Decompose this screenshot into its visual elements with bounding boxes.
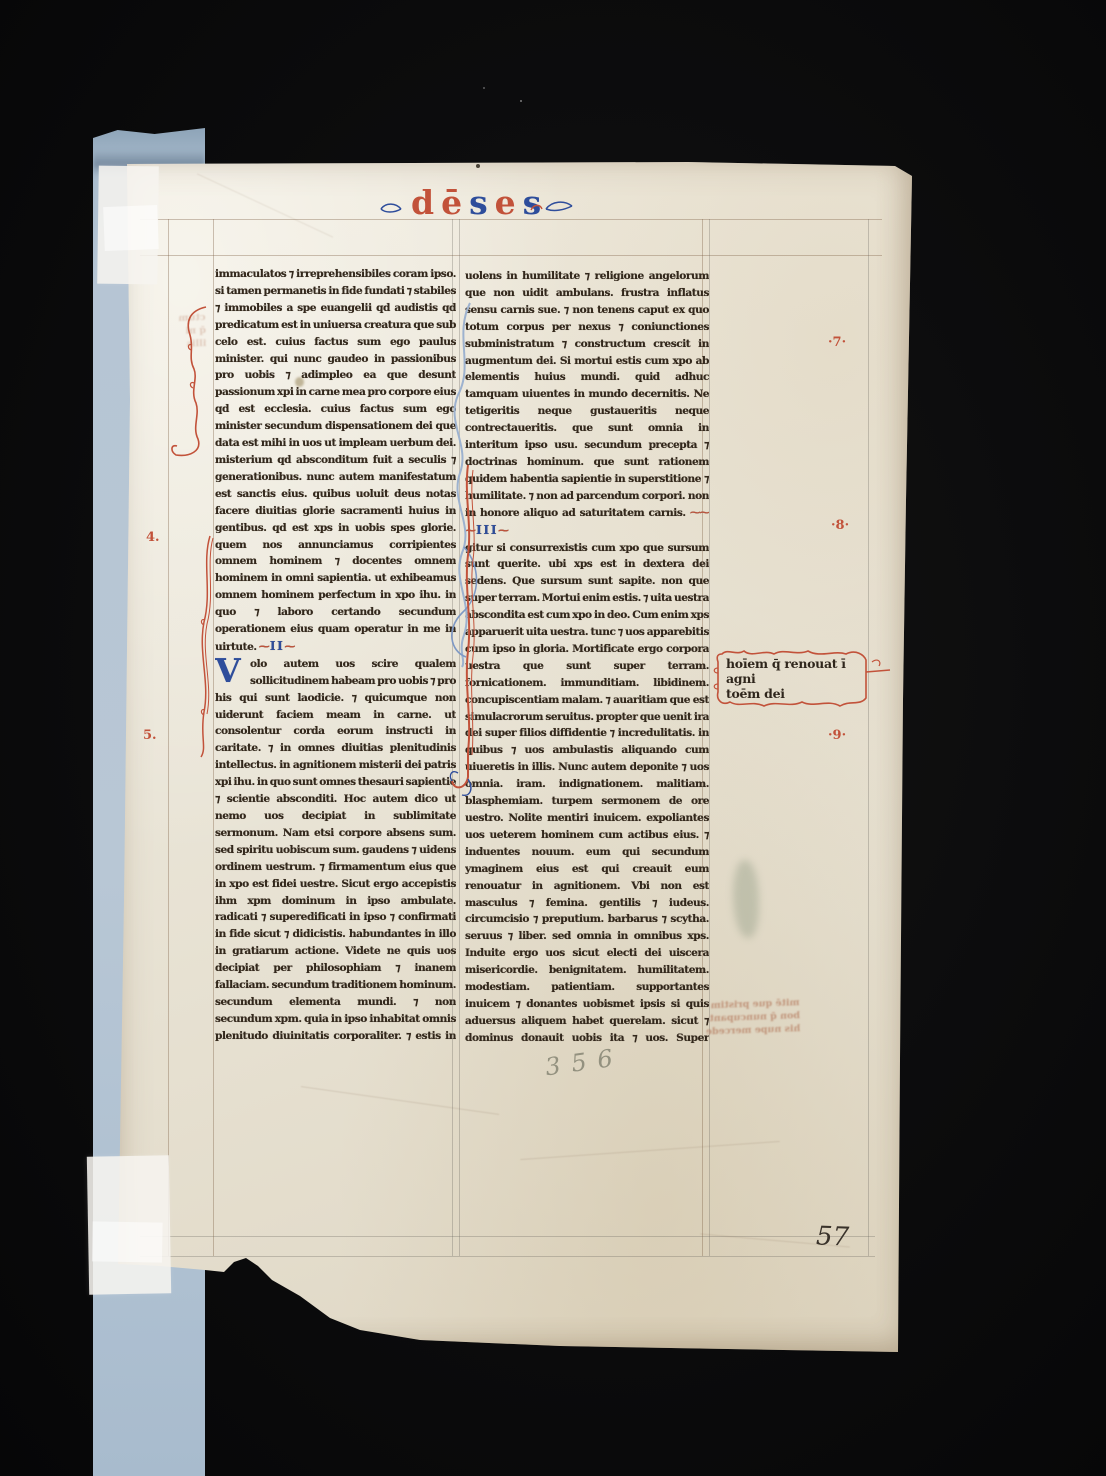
pen-flourish-initial-V [196,532,218,760]
running-title-letter: d [411,186,434,219]
column1-text-chapter2: olo autem uos scire qualem sollicitudine… [215,658,456,1044]
cadel-initial-I-igitur [440,295,486,800]
margin-numeral-right-1: ·7· [828,335,846,350]
photograph-stage: d ē s e s immaculatos ⁊ irreprehensibile… [0,0,1106,1476]
running-title-letter: s [469,186,488,219]
chapter-2-paragraph: Volo autem uos scire qualem sollicitudin… [215,656,456,1044]
ink-corner-number: 57 [815,1221,849,1252]
ruling-line-margin-right [868,219,869,1256]
ruling-line-bottom-1 [140,1236,875,1237]
column1-text: immaculatos ⁊ irreprehensibiles coram ip… [215,268,456,653]
tape-fold [92,1221,163,1262]
header-flourish-left-icon [378,200,404,216]
ruling-line-top-2 [140,255,882,256]
chapter-numeral-II: II [259,638,296,653]
text-column-2: uolens in humilitate ⁊ religione angelor… [465,268,709,1044]
dust-speck [520,100,522,102]
header-flourish-right-icon [528,198,576,216]
margin-numeral-right-3: ·9· [828,728,846,743]
running-title-letter: e [495,186,516,219]
margin-numeral-left-2: 5. [143,728,157,743]
tape-top-left [97,166,159,285]
ruling-line-col2-right-2 [709,219,710,1256]
initial-V: V [215,656,250,686]
column2-text-chapter3: gitur si consurrexistis cum xpo que surs… [465,542,709,1045]
bleedthrough-text-left: ctum q̄ ni illis [143,311,206,352]
gloss-line-2: toēm dei [726,686,866,701]
margin-numeral-right-2: ·8· [831,518,849,533]
edge-speck [476,164,480,168]
chapter-3-paragraph: gitur si consurrexistis cum xpo que surs… [465,540,709,1045]
gloss-line-1: hoīem q̄ renouat ī agni [726,656,866,686]
bleedthrough-text-right: mitē que pristim bon q̄ nuncupant his nu… [691,996,800,1039]
tape-bottom-left [87,1155,171,1294]
column2-text: uolens in humilitate ⁊ religione angelor… [465,270,709,519]
rubric-line-filler: ⁓⁓ [690,507,709,519]
text-column-1: immaculatos ⁊ irreprehensibiles coram ip… [215,266,456,1044]
margin-numeral-left-1: 4. [146,530,160,545]
tape-fold [103,205,159,251]
ink-blot [295,377,304,387]
dust-speck [483,87,485,89]
ruling-line-bottom-2 [140,1256,875,1257]
running-title: d ē s e s [411,186,541,219]
running-title-letter: ē [441,186,462,219]
marginal-gloss: hoīem q̄ renouat ī agni toēm dei [716,650,868,712]
green-smudge-stain [733,860,759,938]
